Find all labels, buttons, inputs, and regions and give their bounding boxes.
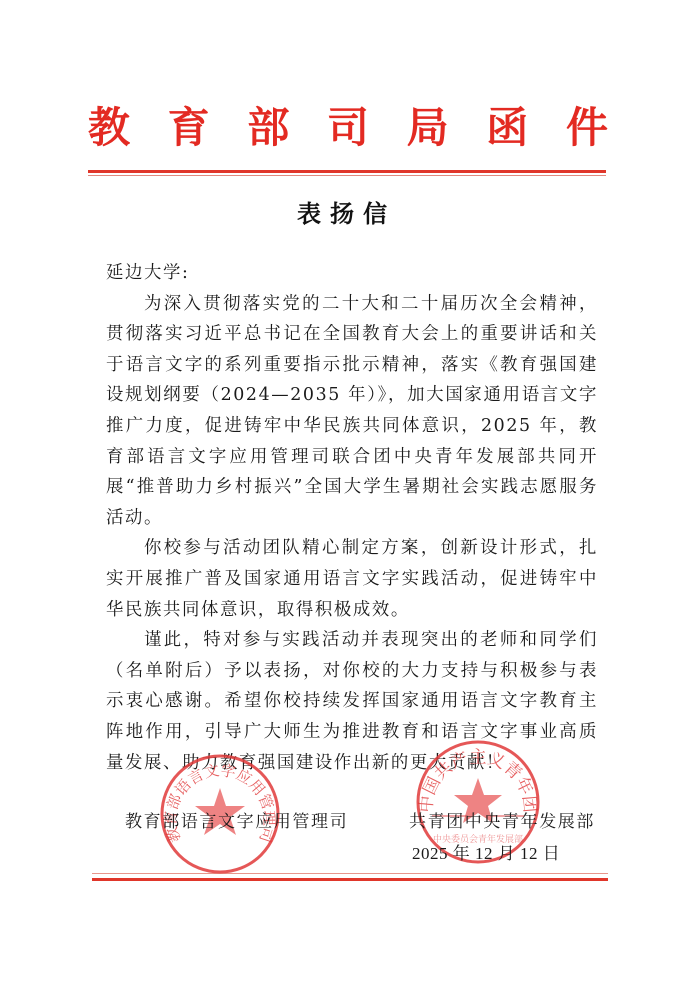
signature-row: 教育部语言文字应用管理司 共青团中央青年发展部 bbox=[125, 808, 595, 836]
footer-divider-thick bbox=[92, 878, 608, 881]
document-page: 教 育 部 司 局 函 件 表扬信 延边大学: 为深入贯彻落实党的二十大和二十届… bbox=[0, 0, 693, 981]
letter-body: 延边大学: 为深入贯彻落实党的二十大和二十届历次全会精神，贯彻落实习近平总书记在… bbox=[106, 258, 598, 778]
paragraph: 你校参与活动团队精心制定方案，创新设计形式，扎实开展推广普及国家通用语言文字实践… bbox=[106, 533, 598, 625]
header-divider-thick bbox=[88, 170, 606, 173]
issuer-right: 共青团中央青年发展部 bbox=[409, 808, 595, 836]
letterhead-char: 司 bbox=[327, 100, 369, 156]
paragraph: 为深入贯彻落实党的二十大和二十届历次全会精神，贯彻落实习近平总书记在全国教育大会… bbox=[106, 289, 598, 534]
header-divider-thin bbox=[88, 175, 606, 176]
issue-date: 2025 年 12 月 12 日 bbox=[412, 840, 560, 868]
letterhead-char: 函 bbox=[486, 100, 528, 156]
salutation: 延边大学: bbox=[106, 258, 598, 289]
letterhead-char: 教 bbox=[88, 100, 130, 156]
letterhead-char: 育 bbox=[168, 100, 210, 156]
letterhead-char: 部 bbox=[247, 100, 289, 156]
letterhead-char: 件 bbox=[566, 100, 608, 156]
letterhead-title: 教 育 部 司 局 函 件 bbox=[88, 100, 608, 156]
document-title: 表扬信 bbox=[0, 196, 693, 232]
letterhead-char: 局 bbox=[407, 100, 449, 156]
issuer-left: 教育部语言文字应用管理司 bbox=[125, 808, 348, 836]
